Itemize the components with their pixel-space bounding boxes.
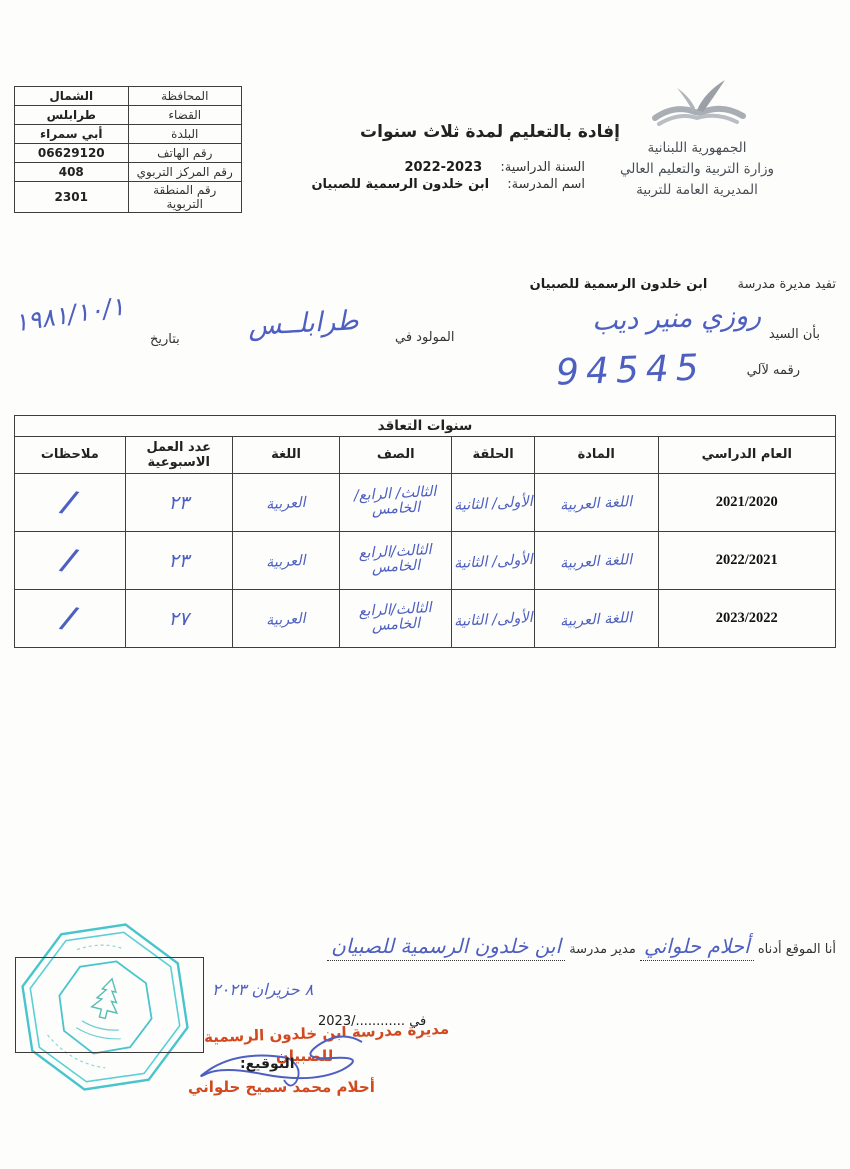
subject-handwritten: اللغة العربية [560,553,633,572]
footer-school-name-handwritten: ابن خلدون الرسمية للصبيان [331,934,561,958]
signature-declaration-line: أنا الموقع أدناه أحلام حلواني مدير مدرسة… [327,934,836,961]
col-header-grade: الصف [340,437,452,474]
page-title: إفادة بالتعليم لمدة ثلاث سنوات [340,122,640,142]
info-value: الشمال [15,87,129,106]
directorate-name: المديرية العامة للتربية [572,180,822,201]
id-number-handwritten: 94545 [555,347,706,393]
certified-school-name: ابن خلدون الرسمية للصبيان [530,277,708,292]
cycle-handwritten: الأولى/ الثانية [453,553,532,572]
signature-label: التوقيع: [240,1056,295,1072]
grade-handwritten: الثالث/الرابع الخامس [340,601,452,637]
subject-handwritten: اللغة العربية [560,495,633,514]
table-row: رقم المنطقة التربوية 2301 [15,182,242,213]
info-value: طرابلس [15,106,129,125]
table-header-row: العام الدراسي المادة الحلقة الصف اللغة ع… [15,437,836,474]
table-row: رقم المركز التربوي 408 [15,163,242,182]
grade-handwritten: الثالث/ الرابع/الخامس [340,485,452,521]
col-header-year: العام الدراسي [658,437,835,474]
table-row: 2021/2020 اللغة العربية الأولى/ الثانية … [15,474,836,532]
year-cell: 2023/2022 [658,590,835,648]
col-header-cycle: الحلقة [452,437,535,474]
ministry-name: وزارة التربية والتعليم العالي [572,159,822,180]
born-in-label: المولود في [395,330,454,345]
info-label: المحافظة [128,87,242,106]
ministry-open-book-logo-icon [637,72,757,134]
table-row: المحافظة الشمال [15,87,242,106]
info-label: رقم المركز التربوي [128,163,242,182]
contract-table-title: سنوات التعاقد [15,416,836,437]
school-year-value: 2022-2023 [404,160,482,175]
info-label: البلدة [128,125,242,144]
info-value: أبي سمراء [15,125,129,144]
school-name-label: اسم المدرسة: [507,177,585,192]
language-handwritten: العربية [266,496,306,513]
notes-mark-handwritten: / [61,484,79,521]
contract-years-table: سنوات التعاقد العام الدراسي المادة الحلق… [14,415,836,648]
table-row: 2023/2022 اللغة العربية الأولى/ الثانية … [15,590,836,648]
school-year-label: السنة الدراسية: [500,160,585,175]
director-name-handwritten: أحلام حلواني [644,934,750,958]
cycle-handwritten: الأولى/ الثانية [453,495,532,514]
col-header-language: اللغة [232,437,339,474]
certifies-label: تفيد مديرة مدرسة [737,277,836,292]
weekly-hours-handwritten: ٢٧ [169,608,189,630]
year-cell: 2022/2021 [658,532,835,590]
notes-mark-handwritten: / [61,600,79,637]
weekly-hours-handwritten: ٢٣ [169,492,189,514]
id-number-label: رقمه لآلي [747,363,800,378]
col-header-notes: ملاحظات [15,437,126,474]
year-cell: 2021/2020 [658,474,835,532]
signer-name-stamp: أحلام محمد سميح حلواني [188,1078,375,1096]
info-value: 408 [15,163,129,182]
info-label: رقم المنطقة التربوية [128,182,242,213]
col-header-subject: المادة [534,437,658,474]
declaration-prefix: أنا الموقع أدناه [758,942,836,957]
school-name-value: ابن خلدون الرسمية للصبيان [311,177,489,192]
mr-label: بأن السيد [769,327,820,342]
info-value: 06629120 [15,144,129,163]
notes-mark-handwritten: / [61,542,79,579]
grade-handwritten: الثالث/الرابع الخامس [340,543,452,579]
table-row: البلدة أبي سمراء [15,125,242,144]
teacher-name-handwritten: روزي منير ديب [592,300,762,337]
certificate-meta: السنة الدراسية: 2022-2023 اسم المدرسة: ا… [311,160,585,194]
certifies-line: تفيد مديرة مدرسة ابن خلدون الرسمية للصبي… [530,277,836,292]
language-handwritten: العربية [266,554,306,571]
scanned-certificate-page: الجمهورية اللبنانية وزارة التربية والتعل… [0,0,850,1169]
table-row: القضاء طرابلس [15,106,242,125]
birthplace-handwritten: طرابلــس [247,305,359,342]
table-row: رقم الهاتف 06629120 [15,144,242,163]
subject-handwritten: اللغة العربية [560,611,633,630]
admin-info-table: المحافظة الشمال القضاء طرابلس البلدة أبي… [14,86,242,213]
table-row: 2022/2021 اللغة العربية الأولى/ الثانية … [15,532,836,590]
col-header-weekly-hours: عدد العمل الاسبوعية [125,437,232,474]
table-title-row: سنوات التعاقد [15,416,836,437]
birthdate-label: بتاريخ [150,332,180,347]
declaration-middle: مدير مدرسة [569,942,636,957]
footer-date-handwritten: ٨ حزيران ٢٠٢٣ [212,980,313,999]
stamp-frame-box [15,957,204,1053]
info-value: 2301 [15,182,129,213]
language-handwritten: العربية [266,612,306,629]
info-label: رقم الهاتف [128,144,242,163]
weekly-hours-handwritten: ٢٣ [169,550,189,572]
info-label: القضاء [128,106,242,125]
birthdate-handwritten: ١٩٨١/١٠/١ [12,292,126,338]
cycle-handwritten: الأولى/ الثانية [453,611,532,630]
